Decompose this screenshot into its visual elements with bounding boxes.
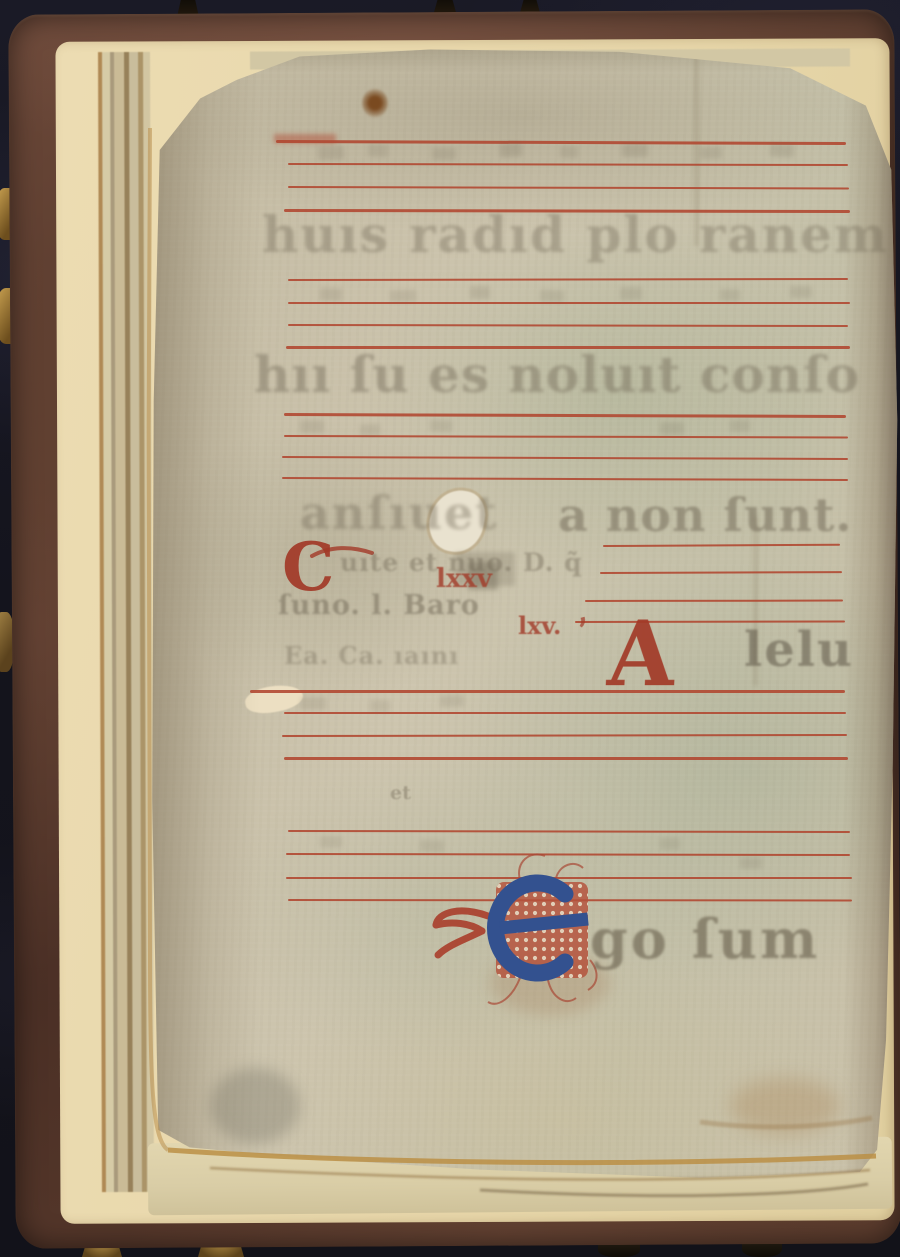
ink-stain-top	[362, 88, 388, 118]
vertical-crease-2	[754, 516, 757, 686]
tan-stain-bottom-right	[730, 1078, 840, 1134]
parchment-hole-patch	[425, 486, 489, 556]
parchment-page	[150, 46, 898, 1214]
stain-under-initial	[490, 951, 610, 1015]
red-line-smear	[274, 134, 336, 143]
grey-smudge-bottom-left	[210, 1068, 300, 1144]
vertical-crease-1	[695, 56, 698, 246]
pale-tear-patch	[243, 681, 305, 717]
photograph-of-bound-manuscript: huıs radıd plo ranemhıı ſu es noluıt con…	[0, 0, 900, 1257]
page-stack-edges	[98, 52, 154, 1192]
